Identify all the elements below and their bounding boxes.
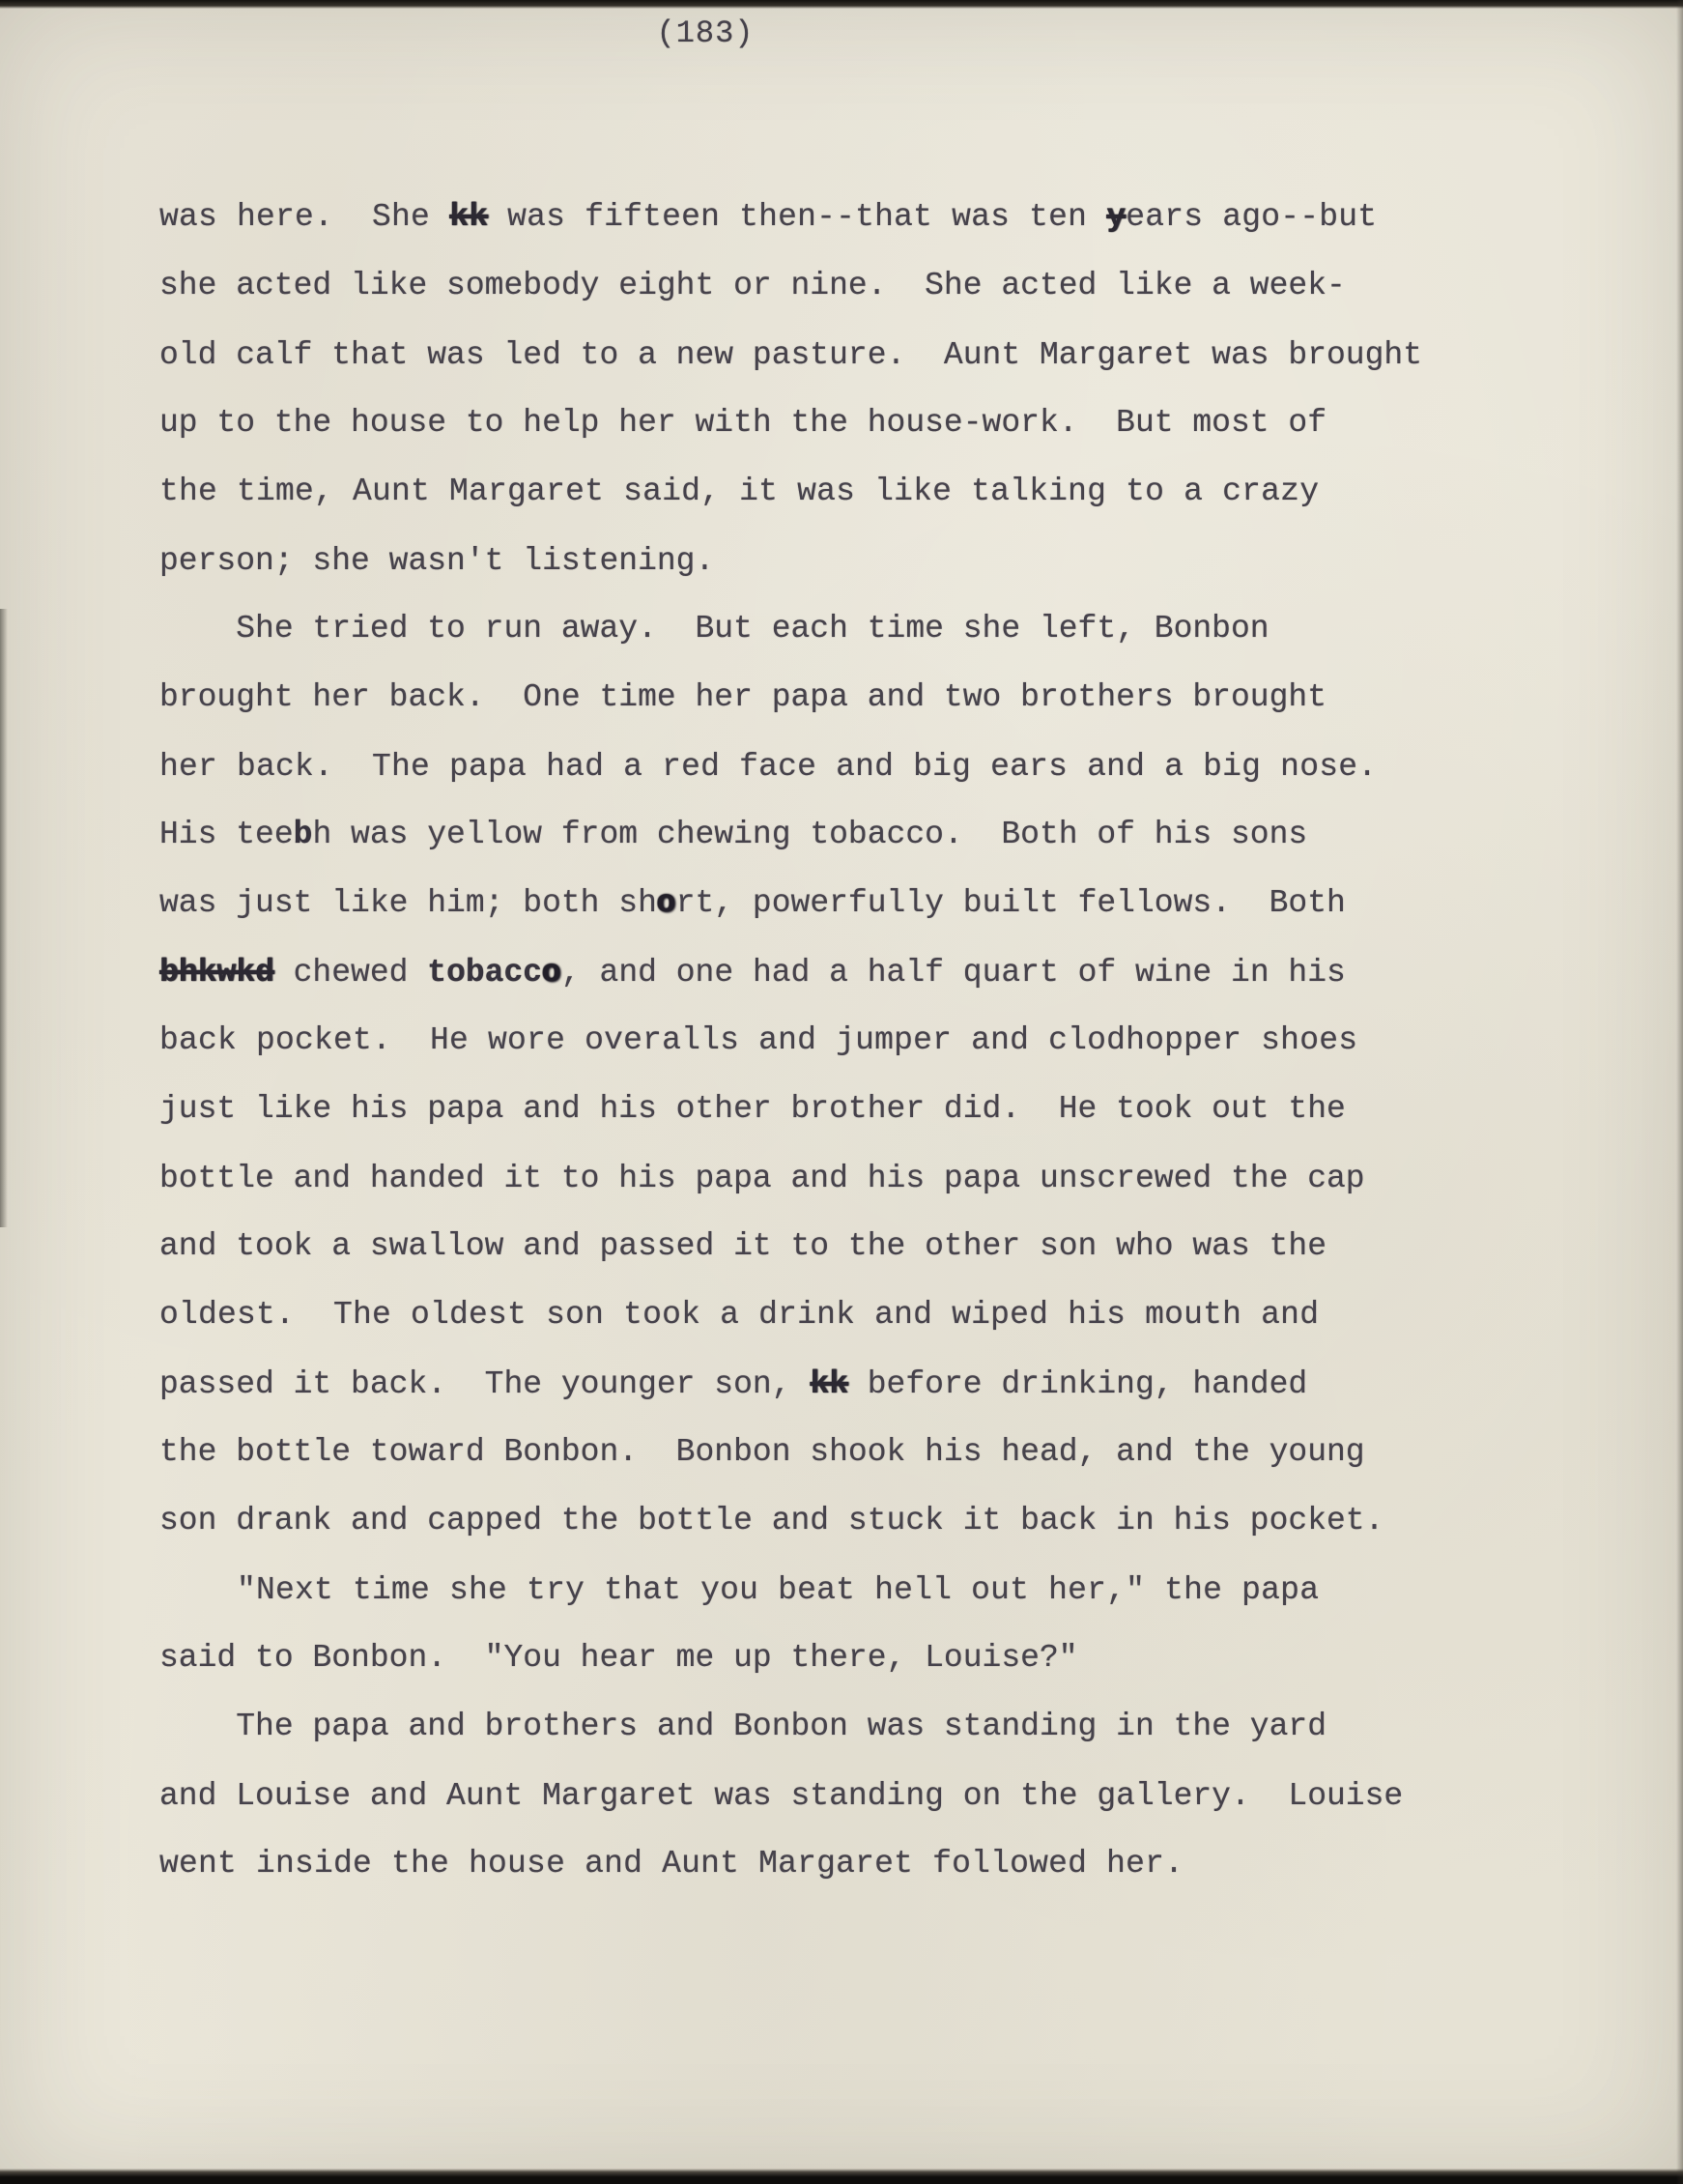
text-line: bottle and handed it to his papa and his… xyxy=(159,1144,1609,1213)
text-line: she acted like somebody eight or nine. S… xyxy=(159,251,1609,320)
typed-text: up to the house to help her with the hou… xyxy=(159,405,1326,441)
typed-text: tobacc xyxy=(427,955,542,991)
typed-text: the bottle toward Bonbon. Bonbon shook h… xyxy=(159,1434,1365,1470)
typed-text: b xyxy=(294,817,313,852)
text-line: her back. The papa had a red face and bi… xyxy=(159,733,1609,801)
text-line: brought her back. One time her papa and … xyxy=(159,663,1609,732)
text-line: She tried to run away. But each time she… xyxy=(159,594,1609,663)
typed-text: was here. She xyxy=(159,199,449,235)
typed-text: and Louise and Aunt Margaret was standin… xyxy=(159,1778,1403,1814)
typed-text: o xyxy=(542,955,561,991)
struck-out-word: kk xyxy=(810,1366,848,1402)
typed-text: person; she wasn't listening. xyxy=(159,543,714,579)
typed-text: went inside the house and Aunt Margaret … xyxy=(159,1846,1184,1882)
typed-text: she acted like somebody eight or nine. S… xyxy=(159,268,1346,303)
scan-edge-right xyxy=(1676,0,1683,2184)
typed-text: her back. The papa had a red face and bi… xyxy=(159,749,1377,785)
scan-edge-bottom xyxy=(0,2169,1683,2184)
typed-text: ears ago--but xyxy=(1126,199,1377,235)
text-line: "Next time she try that you beat hell ou… xyxy=(159,1556,1609,1624)
text-line: just like his papa and his other brother… xyxy=(159,1075,1609,1143)
text-line: and took a swallow and passed it to the … xyxy=(159,1212,1609,1280)
typed-text: was just like him; both sh xyxy=(159,885,657,921)
text-line: son drank and capped the bottle and stuc… xyxy=(159,1486,1609,1555)
text-line: His teebh was yellow from chewing tobacc… xyxy=(159,800,1609,869)
text-line: person; she wasn't listening. xyxy=(159,527,1609,595)
typed-text: brought her back. One time her papa and … xyxy=(159,679,1326,715)
typed-text: oldest. The oldest son took a drink and … xyxy=(159,1297,1319,1333)
text-line: was just like him; both short, powerfull… xyxy=(159,869,1609,937)
text-line: up to the house to help her with the hou… xyxy=(159,388,1609,457)
typed-text: h was yellow from chewing tobacco. Both … xyxy=(312,817,1307,852)
typed-text: chewed xyxy=(274,955,427,991)
text-line: passed it back. The younger son, kk befo… xyxy=(159,1350,1609,1419)
page-number: (183) xyxy=(0,15,1411,51)
typed-text-body: was here. She kk was fifteen then--that … xyxy=(159,183,1609,1898)
text-line: oldest. The oldest son took a drink and … xyxy=(159,1280,1609,1349)
scan-edge-top xyxy=(0,0,1683,9)
typed-text: bottle and handed it to his papa and his… xyxy=(159,1161,1365,1196)
struck-out-word: kk xyxy=(449,199,488,235)
text-line: the bottle toward Bonbon. Bonbon shook h… xyxy=(159,1418,1609,1486)
typed-text: , and one had a half quart of wine in hi… xyxy=(561,955,1346,991)
text-line: back pocket. He wore overalls and jumper… xyxy=(159,1006,1609,1075)
typed-text: old calf that was led to a new pasture. … xyxy=(159,337,1422,373)
text-line: and Louise and Aunt Margaret was standin… xyxy=(159,1762,1609,1830)
typed-text: just like his papa and his other brother… xyxy=(159,1091,1346,1127)
text-line: went inside the house and Aunt Margaret … xyxy=(159,1829,1609,1898)
typed-text: and took a swallow and passed it to the … xyxy=(159,1228,1326,1264)
struck-out-word: bhkwkd xyxy=(159,955,274,991)
typed-text: said to Bonbon. "You hear me up there, L… xyxy=(159,1640,1078,1676)
text-line: old calf that was led to a new pasture. … xyxy=(159,321,1609,389)
typed-text: The papa and brothers and Bonbon was sta… xyxy=(159,1709,1326,1744)
text-line: said to Bonbon. "You hear me up there, L… xyxy=(159,1624,1609,1692)
typed-text: His tee xyxy=(159,817,294,852)
typed-text: before drinking, handed xyxy=(848,1366,1307,1402)
typed-text: back pocket. He wore overalls and jumper… xyxy=(159,1022,1357,1058)
struck-out-word: y xyxy=(1106,199,1126,235)
typed-text: o xyxy=(657,885,676,921)
text-line: The papa and brothers and Bonbon was sta… xyxy=(159,1692,1609,1761)
typed-text: the time, Aunt Margaret said, it was lik… xyxy=(159,474,1319,509)
text-line: bhkwkd chewed tobacco, and one had a hal… xyxy=(159,938,1609,1007)
typed-text: was fifteen then--that was ten xyxy=(488,199,1106,235)
text-line: was here. She kk was fifteen then--that … xyxy=(159,183,1609,251)
scan-edge-left xyxy=(0,609,8,1227)
typed-text: son drank and capped the bottle and stuc… xyxy=(159,1503,1383,1538)
manuscript-page: (183) was here. She kk was fifteen then-… xyxy=(0,0,1683,2184)
typed-text: rt, powerfully built fellows. Both xyxy=(676,885,1346,921)
text-line: the time, Aunt Margaret said, it was lik… xyxy=(159,457,1609,526)
typed-text: passed it back. The younger son, xyxy=(159,1366,810,1402)
typed-text: "Next time she try that you beat hell ou… xyxy=(159,1572,1319,1608)
typed-text: She tried to run away. But each time she… xyxy=(159,611,1269,647)
